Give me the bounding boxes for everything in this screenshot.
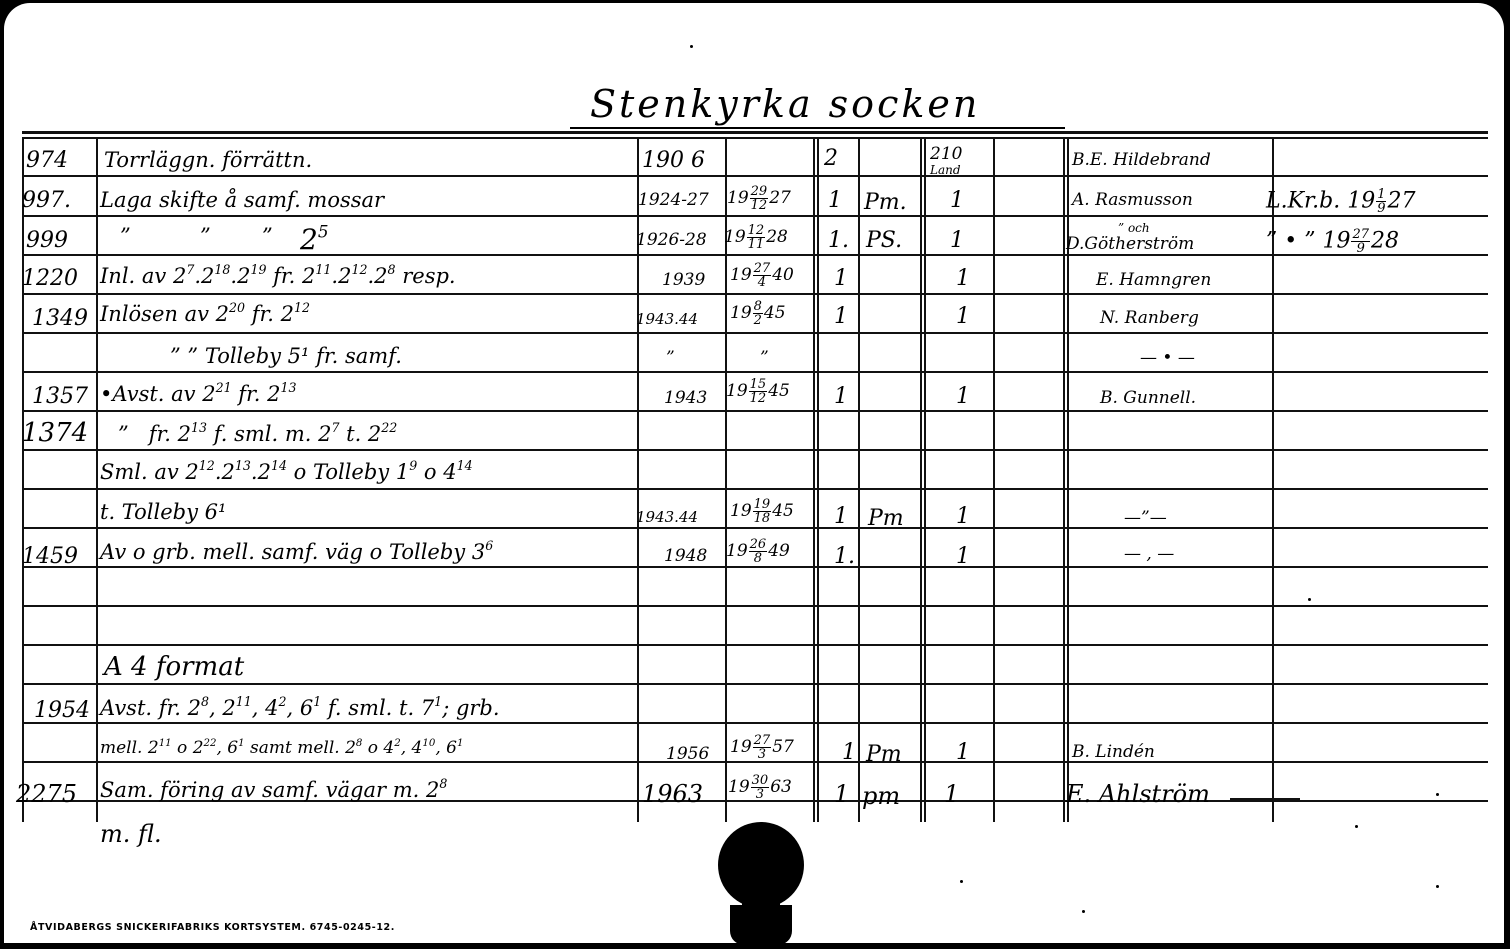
col-line-c2-b [924,137,926,822]
col-3: 1 [956,386,970,408]
scan-speck [1355,825,1358,828]
date: 19191845 [730,498,794,525]
date: 1930363 [728,774,792,801]
description: Inl. av 27.218.219 fr. 211.212.28 resp. [100,266,456,287]
ditto-mark: ” [200,226,211,247]
card-footer-printer: ÅTVIDABERGS SNICKERIFABRIKS KORTSYSTEM. … [30,922,395,933]
akt-number: 1357 [32,386,88,408]
col-line-akt [96,137,98,822]
scan-speck [1436,793,1439,796]
col-3: 210 [930,146,962,163]
description: Sml. av 212.213.214 o Tolleby 19 o 414 [100,462,473,483]
akt-number: 1349 [32,308,88,330]
col-2: Pm [866,744,902,766]
col-1: 1. [828,230,849,252]
date: 1926849 [726,538,790,565]
date: 19291227 [727,185,791,212]
col-line-c1 [858,137,860,822]
col-3: 1 [956,506,970,528]
description: t. Tolleby 6¹ [100,502,226,523]
col-1: 2 [824,148,838,170]
year: 1926-28 [636,232,707,249]
year: 1943.44 [636,312,698,327]
col-3: 1 [944,782,959,806]
date: 1927440 [730,262,794,289]
surveyor: N. Ranberg [1100,310,1199,327]
description: Laga skifte å samf. mossar [100,190,384,211]
row-rule [22,644,1488,646]
col-2: PS. [866,230,902,252]
date: 19121128 [724,224,788,251]
surveyor: E. Hamngren [1096,272,1211,289]
row-rule [22,175,1488,177]
card-punch-slot [742,895,780,943]
year: 1939 [662,272,705,289]
row-rule [22,371,1488,373]
header-rule-bottom [22,137,1488,139]
description-continued: m. fl. [100,822,162,846]
format-note: A 4 format [104,654,244,680]
date: 198245 [730,300,786,327]
description: 25 [300,226,329,254]
description: Avst. fr. 28, 211, 42, 61 f. sml. t. 71;… [100,698,500,719]
note: L.Kr.b. 191927 [1266,188,1415,215]
col-2: Pm [868,508,904,530]
description: Torrläggn. förrättn. [104,150,312,171]
surveyor-note: ” och [1118,222,1150,234]
row-rule [22,722,1488,724]
ditto-mark: ” [120,226,131,247]
scan-speck [1436,885,1439,888]
col-1: 1 [842,742,856,764]
year: 1956 [666,746,709,763]
row-rule [22,566,1488,568]
surveyor: D.Götherström [1066,236,1194,253]
surveyor: B. Gunnell. [1100,390,1196,407]
akt-number: 997. [22,190,71,212]
col-1: 1 [828,190,842,212]
akt-number: 999 [26,230,68,252]
year: 1948 [664,548,707,565]
surveyor-ditto: — , — [1124,546,1174,563]
date: 19151245 [726,378,790,405]
scan-speck [1082,910,1085,913]
surveyor: E. Ahlström [1066,782,1210,806]
scan-speck [1308,598,1311,601]
row-rule [22,683,1488,685]
akt-number: 1954 [34,700,90,722]
col-1: 1 [834,506,848,528]
surveyor: B. Lindén [1072,744,1155,761]
year: 1943.44 [636,510,698,525]
surveyor: B.E. Hildebrand [1072,152,1211,169]
year: 1943 [664,390,707,407]
description: Sam. föring av samf. vägar m. 28 [100,780,447,801]
surveyor-ditto: —”— [1124,510,1167,527]
row-rule [22,449,1488,451]
col-line-date-a [813,137,815,822]
akt-number: 2275 [16,782,77,806]
col-line-left [22,137,24,822]
col-3-note: Land [930,164,961,176]
description: ” fr. 213 f. sml. m. 27 t. 222 [118,424,397,445]
row-rule [22,410,1488,412]
description: mell. 211 o 222, 61 samt mell. 28 o 42, … [100,740,463,757]
col-line-c3 [993,137,995,822]
col-3: 1 [956,546,970,568]
date-ditto: ” [760,350,769,367]
card-title: Stenkyrka socken [590,82,1060,126]
signature-flourish [1230,798,1300,800]
date: 1927357 [730,734,794,761]
row-rule [22,215,1488,217]
row-rule [22,761,1488,763]
year: 190 6 [642,150,705,172]
col-3: 1 [950,230,964,252]
col-3: 1 [956,268,970,290]
col-3: 1 [956,742,970,764]
card-punch-slot-left [730,905,746,945]
col-1: 1 [834,386,848,408]
header-rule-top [22,131,1488,134]
col-line-c2-a [920,137,922,822]
row-rule [22,605,1488,607]
col-2: pm [862,784,900,808]
akt-number: 1374 [22,420,88,446]
title-underline [570,127,1065,129]
row-rule [22,332,1488,334]
col-line-c4-a [1063,137,1065,822]
col-1: 1 [834,306,848,328]
row-rule [22,293,1488,295]
scan-speck [690,45,693,48]
col-3: 1 [956,306,970,328]
scan-border-bottom [0,943,1510,949]
row-rule [22,527,1488,529]
col-1: 1 [834,268,848,290]
year-ditto: ” [666,350,675,367]
surveyor-ditto: — • — [1140,350,1195,367]
row-rule [22,488,1488,490]
col-3: 1 [950,190,964,212]
surveyor: A. Rasmusson [1072,192,1193,209]
year: 1963 [642,782,703,806]
akt-number: 1459 [22,546,78,568]
note: ” • ” 1927928 [1266,228,1399,255]
ditto-mark: ” [262,226,273,247]
scan-speck [960,880,963,883]
col-1: 1 [834,782,849,806]
akt-number: 1220 [22,268,78,290]
col-1: 1. [834,546,855,568]
description: •Avst. av 221 fr. 213 [100,384,297,405]
col-2: Pm. [864,192,907,214]
description: ” ” Tolleby 5¹ fr. samf. [170,346,402,367]
description: Av o grb. mell. samf. väg o Tolleby 36 [100,542,493,563]
col-line-date-b [817,137,819,822]
year: 1924-27 [638,192,709,209]
akt-number: 974 [26,150,68,172]
description: Inlösen av 220 fr. 212 [100,304,310,325]
